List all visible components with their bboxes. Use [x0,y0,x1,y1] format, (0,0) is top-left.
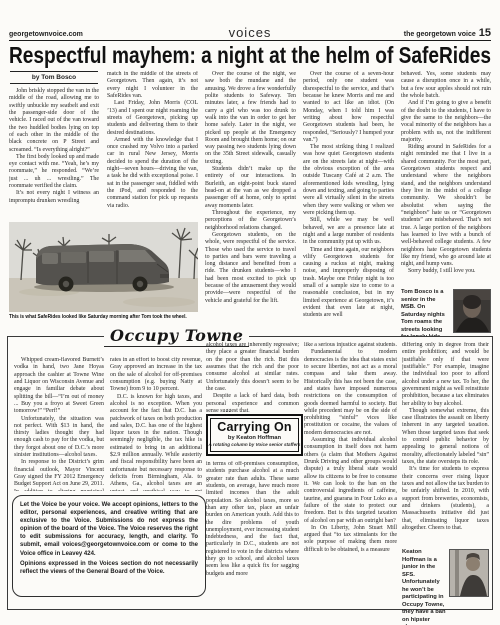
paragraph: differing only in degree from their enti… [402,342,489,408]
paragraph: In response to the District’s grim finan… [14,459,104,491]
paragraph: Over the course of the night, we saw bot… [205,71,296,166]
paragraph: match in the middle of the streets of Ge… [107,71,198,100]
paragraph: The most striking thing I realized was h… [303,144,394,217]
paragraph: Over the course of a seven-hour period, … [303,71,394,144]
carrying-on-byline: by Keaton Hoffman [208,435,301,441]
paragraph: like a serious injustice against student… [304,342,397,349]
paragraph: Sorry buddy, I still love you. [401,268,491,275]
paragraph: Whipped cream-flavored Burnett’s vodka i… [14,357,104,416]
article-column-2: match in the middle of the streets of Ge… [107,71,198,220]
masthead: georgetownvoice.com voices the georgetow… [9,26,491,41]
site-url: georgetownvoice.com [9,31,83,38]
byline: by Tom Bosco [10,71,98,84]
paragraph: Fundamental to modern democracies is the… [304,349,397,437]
paragraph: Throughout the experience, my perception… [205,210,296,232]
tom-bosco-headshot [453,289,491,333]
occupy-column-5: differing only in degree from their enti… [402,342,489,545]
author-bio-keaton-hoffman: Keaton Hoffman is a junior in the SFS. U… [402,549,489,603]
paragraph: And if I’m going to give a benefit of th… [401,100,491,144]
saferides-van-photo [9,222,198,312]
paragraph: The first body looked up and made eye co… [9,154,99,191]
paragraph: It’s not every night I witness an improm… [9,190,99,205]
paragraph: Georgetown students, on the whole, were … [205,232,296,305]
paragraph: Armed with the knowledge that I once cra… [107,137,198,210]
photo-caption: This is what SafeRides looked like Satur… [9,314,196,320]
paper-name: the georgetown voice [404,31,476,38]
paragraph: behaved. Yes, some students may cause a … [401,71,491,100]
author-bio-text: Keaton Hoffman is a junior in the SFS. U… [402,549,446,603]
paragraph: In On Liberty, John Stuart Mill argued t… [304,525,397,554]
submission-lead-2: Opinions expressed [20,561,78,567]
occupy-column-1: Whipped cream-flavored Burnett’s vodka i… [14,357,104,491]
section-title: voices [229,25,272,40]
paragraph: Unfortunately, the situation was not per… [14,416,104,460]
occupy-column-3-bottom: in terms of off-premises consumption, st… [206,461,299,601]
paragraph: Last Friday, John Morris (COL ’13) and I… [107,100,198,137]
paragraph: in terms of off-premises consumption, st… [206,461,299,578]
occupy-towne-box: Occupy Towne Whipped cream-flavored Burn… [7,336,493,610]
paragraph: alcohol taxes are inherently regressive;… [206,342,299,393]
submission-body-1: We accept opinions, letters to the edito… [20,502,198,557]
paragraph: rates in an effort to boost city revenue… [110,357,202,394]
carrying-on-box: Carrying On by Keaton Hoffman A rotating… [206,414,303,456]
occupy-column-2: rates in an effort to boost city revenue… [110,357,202,491]
paragraph: Though somewhat extreme, this case illus… [402,408,489,467]
paragraph: It’s time for students to express their … [402,466,489,532]
article-column-5: behaved. Yes, some students may cause a … [401,71,491,285]
author-bio-tom-bosco: Tom Bosco is a senior in the MSB. On Sat… [401,289,491,333]
carrying-on-tagline: A rotating column by Voice senior staffe… [208,442,301,447]
paragraph: Riding around in SafeRides for a night r… [401,144,491,268]
occupy-column-4: like a serious injustice against student… [304,342,397,602]
paragraph: Still, while we may be well behaved, we … [303,217,394,246]
headline-svg: Respectful mayhem: a night at the helm o… [9,43,491,69]
paragraph: D.C. is known for high taxes, and alcoho… [110,394,202,491]
paragraph: Students didn’t make up the entirety of … [205,166,296,210]
paragraph: Assuming that individual alcohol consump… [304,437,397,525]
submission-text-1: Let the Voice be your voice. We accept o… [20,501,198,558]
article-column-3: Over the course of the night, we saw bot… [205,71,296,332]
paragraph: John briskly stopped the van in the midd… [9,88,99,154]
carrying-on-title: Carrying On [208,420,301,434]
submission-text-2: Opinions expressed in the Voices section… [20,560,198,576]
submission-lead-1: Let the Voice be your voice. [20,502,100,508]
page-number: 15 [479,27,491,39]
article-column-4: Over the course of a seven-hour period, … [303,71,394,332]
occupy-column-3-top: alcohol taxes are inherently regressive;… [206,342,299,412]
paper-name-and-page: the georgetown voice15 [404,27,491,39]
column-text: John briskly stopped the van in the midd… [9,88,99,205]
article-headline: Respectful mayhem: a night at the helm o… [9,43,491,68]
paragraph: Despite a lack of hard data, both person… [206,393,299,412]
keaton-hoffman-headshot [449,549,489,597]
article-column-1: by Tom Bosco John briskly stopped the va… [9,71,99,220]
voice-submission-box: Let the Voice be your voice. We accept o… [12,495,206,597]
newspaper-page: georgetownvoice.com voices the georgetow… [0,0,500,625]
author-bio-text: Tom Bosco is a senior in the MSB. On Sat… [401,289,450,333]
paragraph: Time and time again, our neighbors vilif… [303,247,394,320]
